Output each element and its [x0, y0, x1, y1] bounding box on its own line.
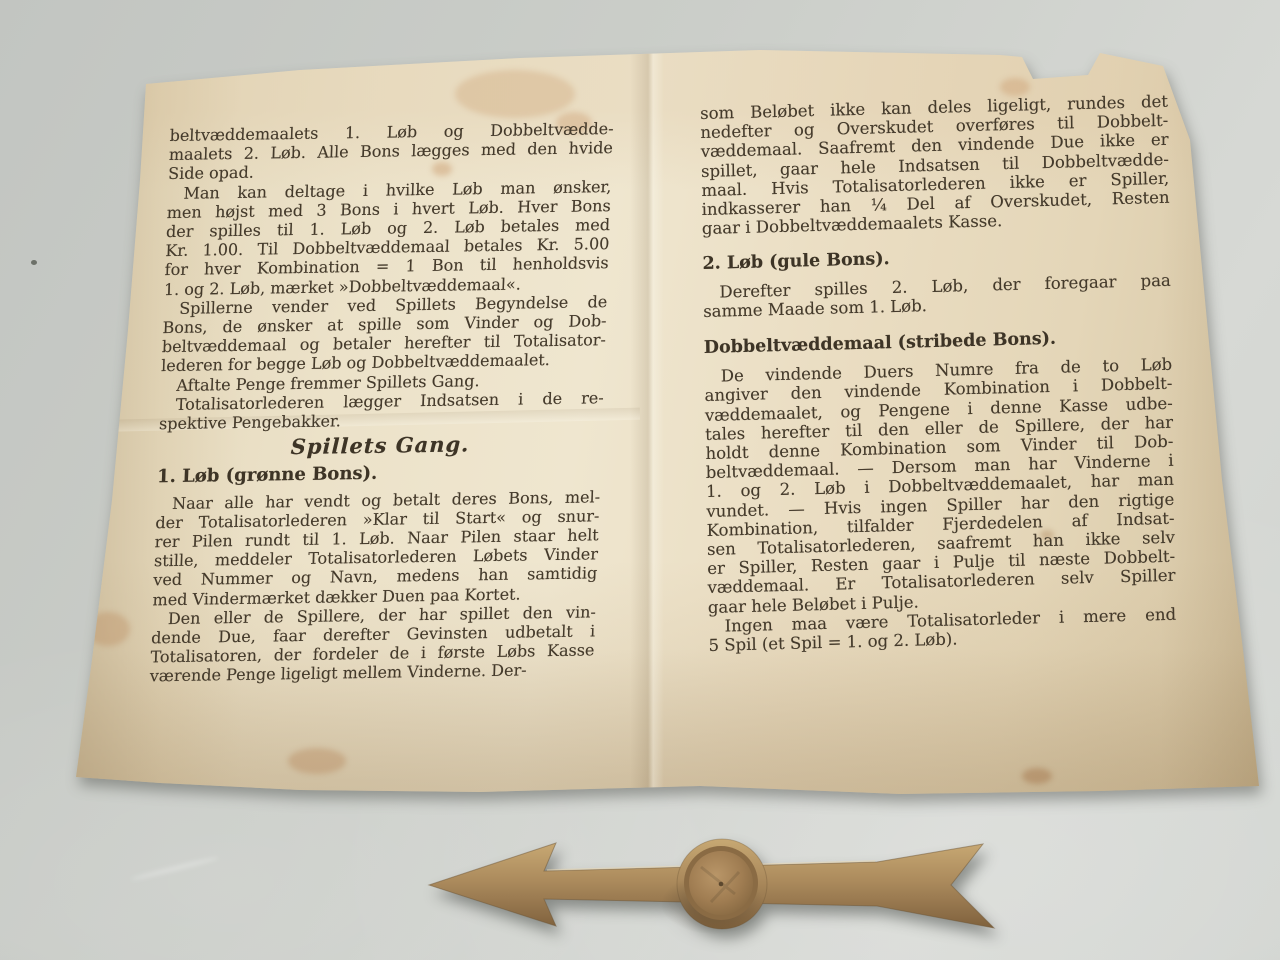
subsection-heading-dobbeltvaeddemaal: Dobbeltvæddemaal (stribede Bons). [704, 327, 1172, 358]
paragraph-block: Naar alle har vendt og betalt deres Bons… [149, 487, 600, 686]
paper-stain [86, 612, 130, 646]
photo-scene: beltvæddemaalets 1. Løb og Dobbeltvædde-… [0, 0, 1280, 960]
section-heading-spillets-gang: Spillets Gang. [158, 432, 603, 458]
instruction-sheet: beltvæddemaalets 1. Løb og Dobbeltvædde-… [0, 0, 1280, 960]
instruction-sheet-wrapper: beltvæddemaalets 1. Løb og Dobbeltvædde-… [0, 0, 1280, 960]
spinner-arrow [423, 832, 1008, 944]
right-text-column: som Beløbet ikke kan deles ligeligt, run… [700, 92, 1176, 655]
paper-fold-crease [630, 40, 670, 800]
paper-stain [455, 70, 575, 118]
paragraph-block: Derefter spilles 2. Løb, der foregaar pa… [703, 270, 1171, 321]
subsection-heading-1-lob: 1. Løb (grønne Bons). [157, 461, 602, 487]
paragraph-block: De vindende Duers Numre fra de to Løbang… [704, 355, 1176, 655]
left-text-column: beltvæddemaalets 1. Løb og Dobbeltvædde-… [149, 119, 613, 686]
paragraph-block: som Beløbet ikke kan deles ligeligt, run… [700, 92, 1170, 239]
spinner-arrow-graphic [423, 832, 1008, 944]
subsection-heading-2-lob: 2. Løb (gule Bons). [702, 243, 1170, 274]
paper-stain [288, 748, 346, 774]
paragraph-block: beltvæddemaalets 1. Løb og Dobbeltvædde-… [159, 119, 614, 433]
paper-stain [1022, 768, 1052, 784]
hub-center-pin [719, 882, 724, 887]
paper-stain [1000, 78, 1030, 96]
